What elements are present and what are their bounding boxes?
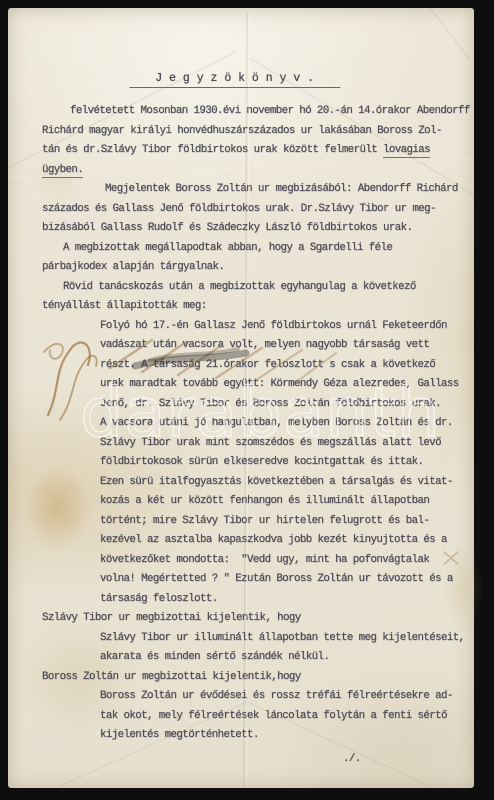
text-line: volna! Megértetted ? " Ezután Boross Zol… [100,570,474,590]
text-line: Boross Zoltán ur évődései és rossz tréfá… [100,687,474,707]
text-line: kezével az asztalba kapaszkodva jobb kez… [100,531,474,551]
text-line: Jenő, dr. Szlávy Tibor és Boross Zoltán … [100,395,474,415]
text-line: történt; mire Szlávy Tibor ur hirtelen f… [100,512,474,532]
document-title: J e g y z ö k ö n y v . [129,72,340,88]
text-line: vadászat után vacsora volt, melyen nagyo… [100,336,474,356]
text-line: ügyben. [42,161,474,181]
text-line: Richárd magyar királyi honvédhuszárszáza… [42,122,474,142]
text-line: százados és Gallass Jenő földbirtokos ur… [42,200,474,220]
text-line: kozás a két ur között fenhangon és illum… [100,492,474,512]
text-line: A megbizottak megállapodtak abban, hogy … [63,239,474,259]
text-line: Folyó hó 17.-én Gallasz Jenő földbirtoko… [100,317,474,337]
closing-mark: ./. [343,750,474,770]
text-line: földbirtokosok sürün elkeseredve kocintg… [100,453,474,473]
text-line: következőket mondotta: "Vedd ugy, mint h… [100,551,474,571]
text-line: tán és dr.Szlávy Tibor földbirtokos urak… [42,141,474,161]
text-line: bizásából Gallass Rudolf és Szádeczky Lá… [42,219,474,239]
text-line: Rövid tanácskozás után a megbizottak egy… [63,278,474,298]
text-line: társaság feloszlott. [100,590,474,610]
text-line: részt. A társaság 21.órakor feloszlott s… [100,356,474,376]
text-line: tényállást állapitották meg: [42,297,474,317]
text-line: akarata és minden sértő szándék nélkül. [100,648,474,668]
text-line: tak okot, mely félreértések láncolata fo… [100,707,474,727]
scan-background: J e g y z ö k ö n y v . felvétetett Moso… [0,0,494,800]
text-line: kijelentés megtörténhetett. [100,726,474,746]
text-line: A vacsora utáni jó hangulatban, melyben … [100,414,474,434]
text-line: Szlávy Tibor urak mint szomszédos és meg… [100,434,474,454]
text-line: urak maradtak tovább együtt: Körmendy Gé… [100,375,474,395]
text-line: Megjelentek Boross Zoltán ur megbizásábó… [105,180,474,200]
text-line: felvétetett Mosonban 1930.évi november h… [70,102,474,122]
document-page: J e g y z ö k ö n y v . felvétetett Moso… [8,8,474,788]
text-line: Szlávy Tibor ur illuminált állapotban te… [100,629,474,649]
document-body: felvétetett Mosonban 1930.évi november h… [8,102,474,769]
text-line: Boross Zoltán ur megbizottai kijelentik,… [42,668,474,688]
text-line: Ezen sürü italfogyasztás következtében a… [100,473,474,493]
text-line: párbajkodex alapján tárgyalnak. [42,258,474,278]
text-line: Szlávy Tibor ur megbizottai kijelentik, … [42,609,474,629]
